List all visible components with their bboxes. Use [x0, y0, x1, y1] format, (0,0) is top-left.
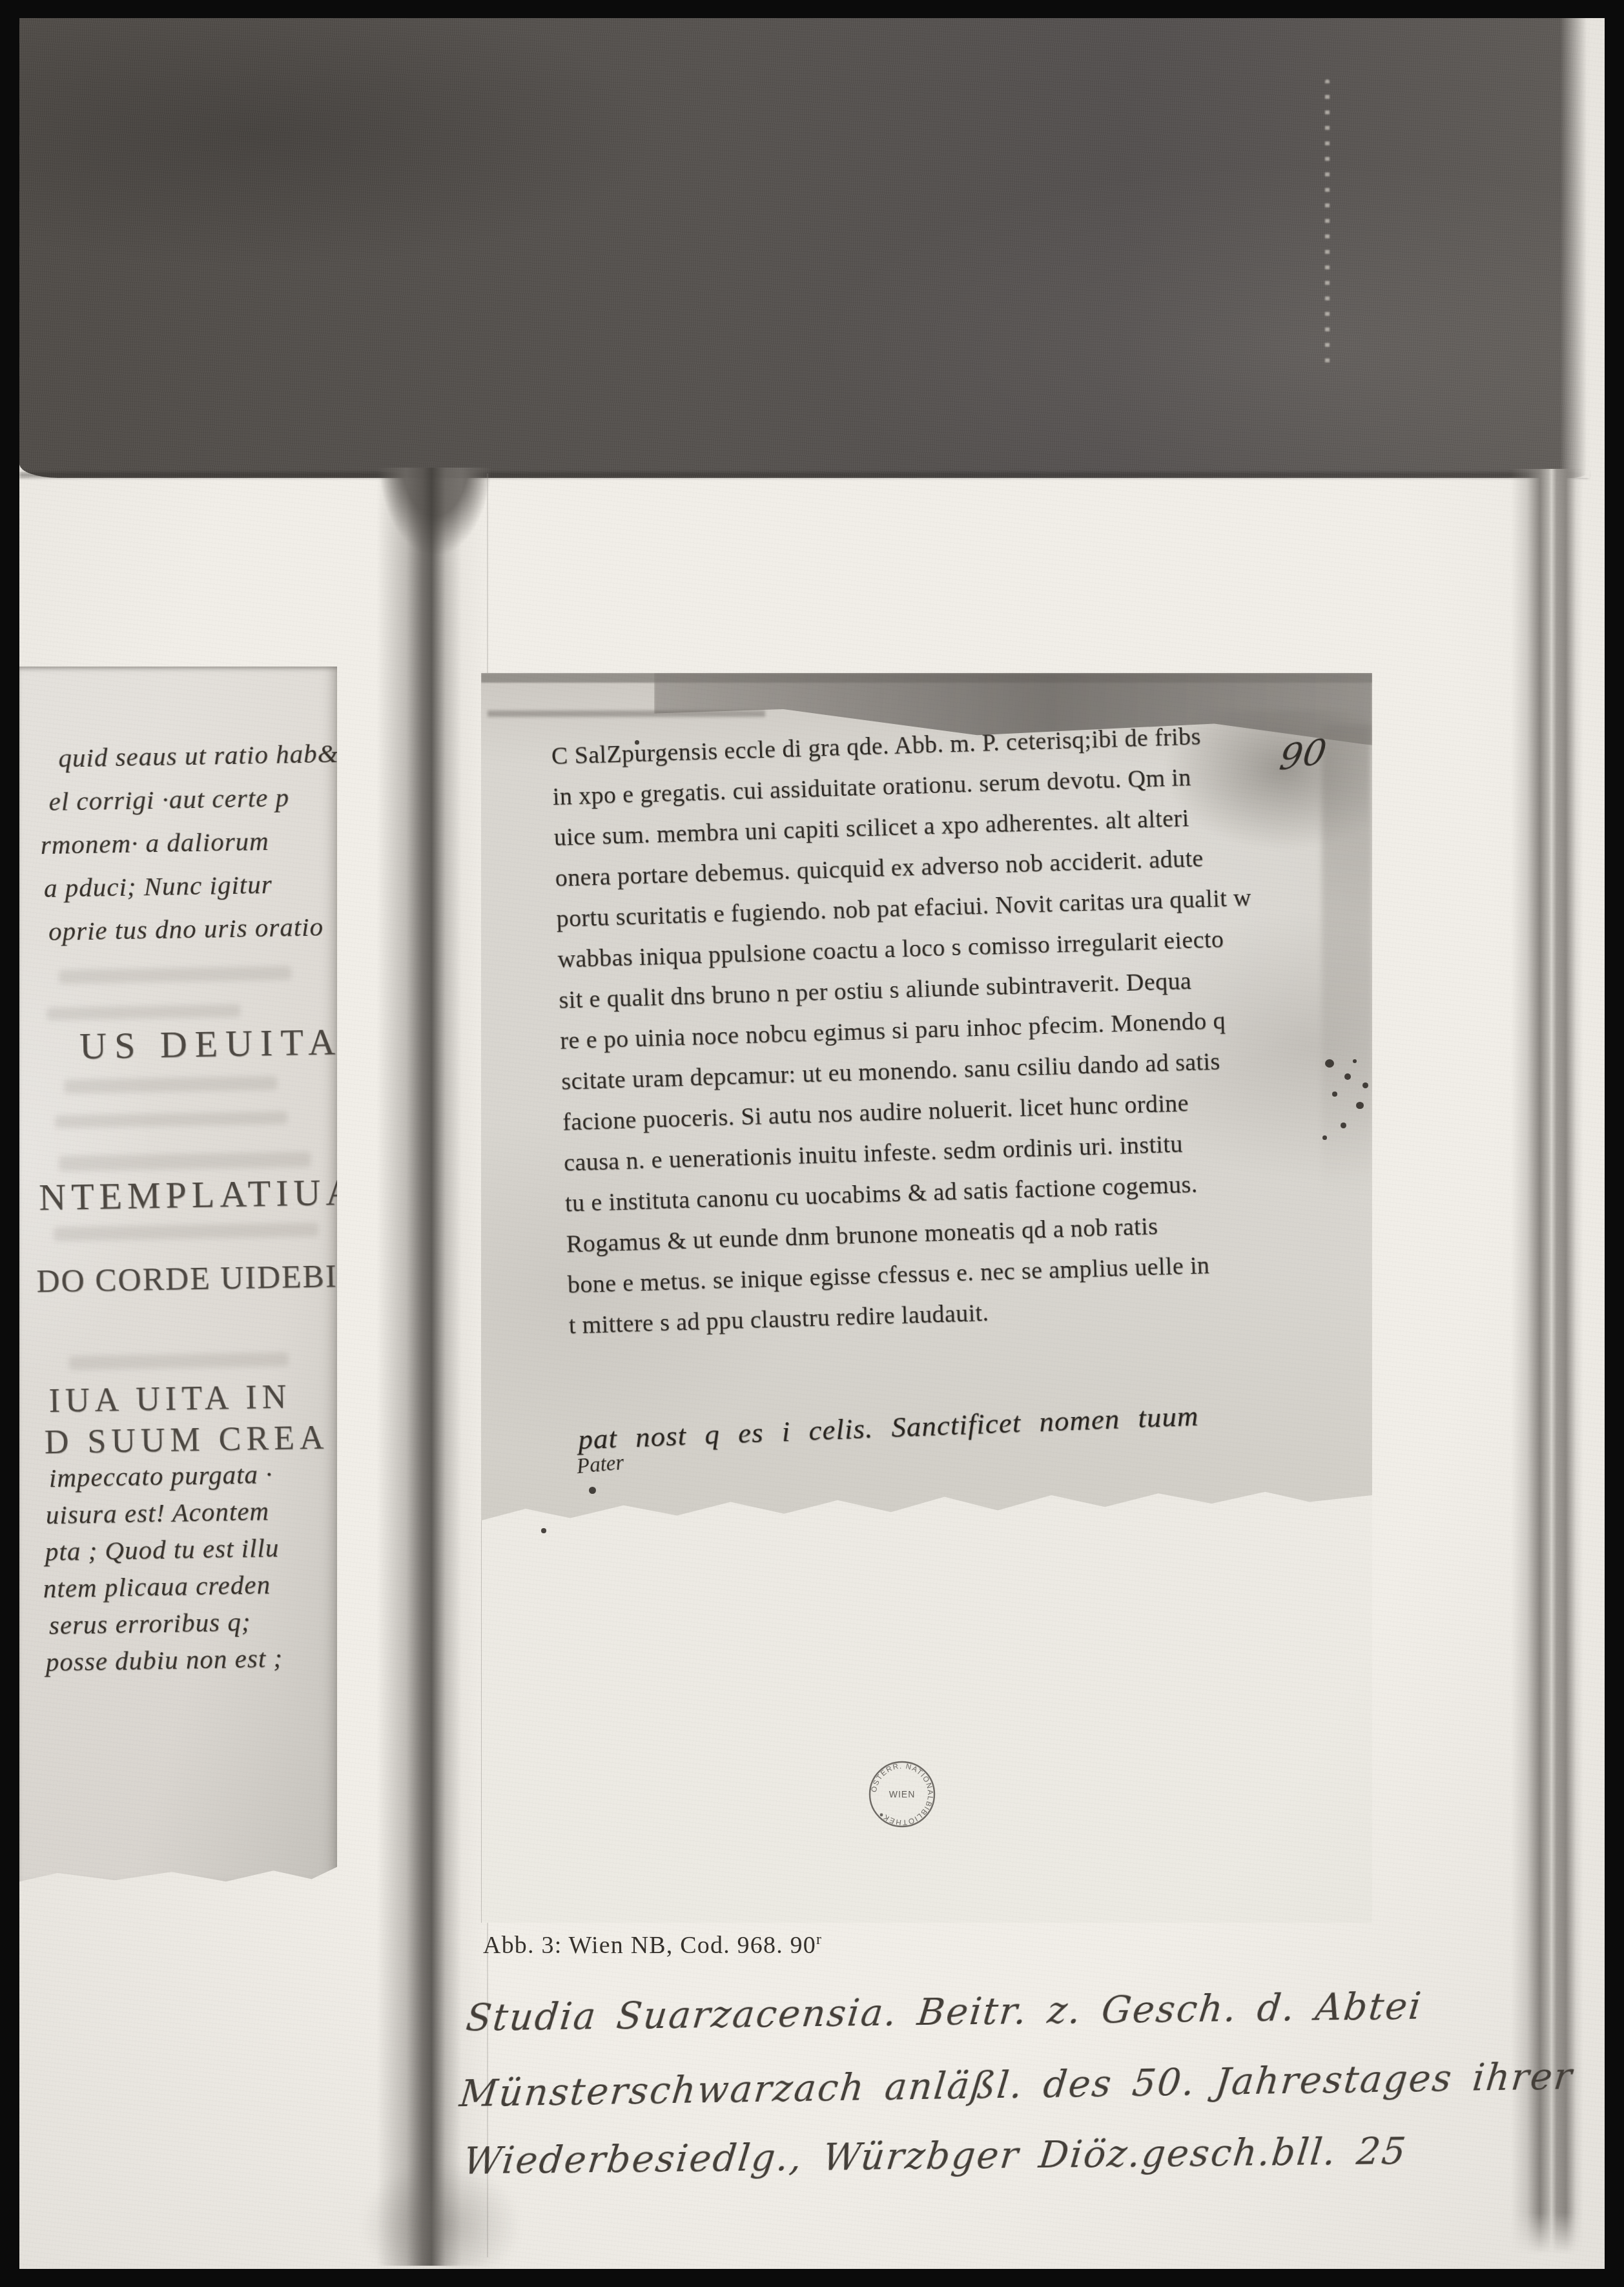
manuscript-line: uisura est! Acontem: [45, 1495, 269, 1530]
pen-trial-word: Pater: [576, 1451, 625, 1479]
handwritten-note-line-1: Studia Suarzacensia. Beitr. z. Gesch. d.…: [464, 1985, 1424, 2040]
faded-text-line: [59, 1152, 311, 1172]
ink-spot: [1332, 1092, 1337, 1097]
display-capitals-line: US DEUITA: [79, 1020, 337, 1068]
book-gutter-shadow: [376, 468, 491, 2266]
manuscript-line: serus erroribus q;: [48, 1606, 251, 1640]
manuscript-line: quid seaus ut ratio hab&: [58, 738, 337, 774]
handwritten-note-line-2: Münsterschwarzach anläßl. des 50. Jahres…: [458, 2055, 1576, 2115]
faded-text-line: [64, 1076, 277, 1094]
ink-spot: [1341, 1123, 1346, 1128]
main-manuscript-text: C SalZpurgensis eccle di gra qde. Abb. m…: [551, 712, 1360, 1347]
faded-text-line: [46, 1004, 240, 1020]
manuscript-line: oprie tus dno uris oratio: [48, 911, 324, 947]
ink-spot: [1344, 1073, 1351, 1080]
manuscript-line: a pduci; Nunc igitur: [43, 869, 272, 904]
scanned-book-page: quid seaus ut ratio hab& el corrigi ·aut…: [19, 18, 1605, 2269]
ink-spot: [1353, 1059, 1357, 1063]
ink-spot: [541, 1528, 546, 1533]
manuscript-line: ntem plicaua creden: [43, 1569, 271, 1604]
display-capitals-line: IUA UITA IN: [48, 1378, 292, 1421]
manuscript-line: rmonem· a daliorum: [40, 825, 269, 860]
faded-text-line: [54, 1223, 318, 1241]
backdrop-texture: [19, 18, 1588, 478]
manuscript-line: posse dubiu non est ;: [45, 1642, 283, 1677]
ink-spot: [635, 740, 639, 745]
parchment-streak: [488, 710, 765, 717]
ink-spot: [589, 1487, 596, 1494]
caption-superscript: r: [816, 1931, 821, 1948]
handwritten-note-line-3: Wiederbesiedlg., Würzbger Diöz.gesch.bll…: [461, 2130, 1409, 2182]
figure-caption: Abb. 3: Wien NB, Cod. 968. 90r: [483, 1931, 821, 1960]
left-manuscript-text: quid seaus ut ratio hab& el corrigi ·aut…: [19, 667, 337, 1884]
left-manuscript-plate: quid seaus ut ratio hab& el corrigi ·aut…: [19, 667, 337, 1884]
library-stamp: ÖSTERR. NATIONALBIBLIOTHEK WIEN: [854, 1746, 950, 1842]
book-fore-edge: [1511, 469, 1583, 2258]
main-manuscript-plate: C SalZpurgensis eccle di gra qde. Abb. m…: [481, 673, 1372, 1923]
faded-text-line: [69, 1352, 289, 1371]
ink-spot: [1322, 1135, 1327, 1140]
faded-text-line: [59, 966, 291, 984]
stamp-dot: [880, 1814, 883, 1817]
dark-backdrop-band: [19, 18, 1588, 478]
caption-text: Abb. 3: Wien NB, Cod. 968. 90: [483, 1932, 816, 1959]
manuscript-line: impeccato purgata ·: [48, 1458, 272, 1493]
display-capitals-line: D SUUM CREA: [44, 1419, 329, 1462]
display-capitals-line: NTEMPLATIUA: [39, 1170, 337, 1219]
ink-spot: [1356, 1102, 1364, 1109]
folio-number: 90: [1277, 730, 1329, 778]
backdrop-light-streak: [1325, 79, 1330, 367]
stamp-center-text: WIEN: [889, 1789, 916, 1799]
ink-spot: [1362, 1082, 1368, 1088]
manuscript-line: pta ; Quod tu est illu: [45, 1532, 279, 1567]
manuscript-line: el corrigi ·aut certe p: [48, 781, 289, 816]
display-capitals-line: DO CORDE UIDEBIT: [36, 1257, 337, 1300]
ink-spot: [1325, 1059, 1334, 1068]
faded-text-line: [55, 1112, 287, 1128]
